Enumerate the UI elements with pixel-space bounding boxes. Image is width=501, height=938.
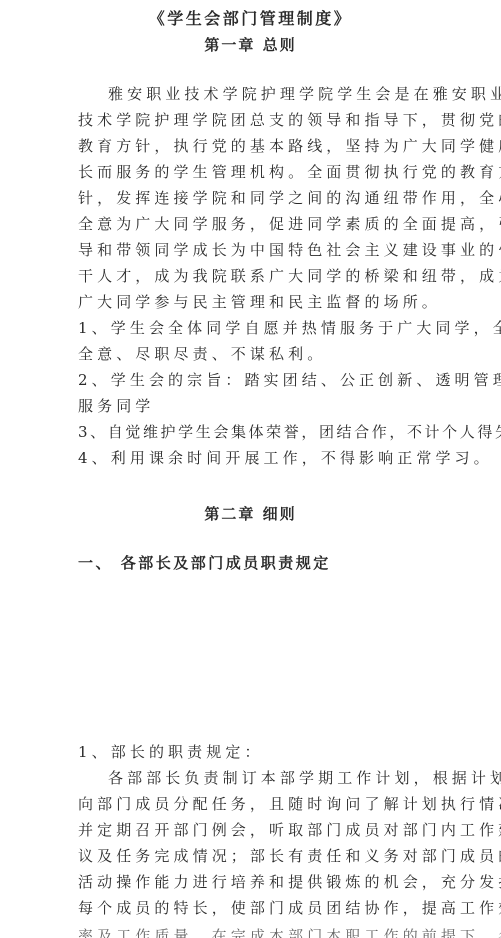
item-1-heading: 1、部长的职责规定：: [78, 742, 264, 762]
rule-line: 1、学生会全体同学自愿并热情服务于广大同学，全心: [78, 318, 501, 338]
intro-line: 教育方针，执行党的基本路线，坚持为广大同学健康成: [78, 136, 501, 156]
intro-line: 雅安职业技术学院护理学院学生会是在雅安职业: [108, 84, 501, 104]
body-line: 议及任务完成情况；部长有责任和义务对部门成员的: [78, 846, 501, 866]
document-title: 《学生会部门管理制度》: [0, 6, 501, 29]
section-1-heading: 一、 各部长及部门成员职责规定: [78, 553, 331, 573]
body-line-cutoff: 率及工作质量，在完成本部门本职工作的前提下，各部: [78, 926, 501, 938]
chapter-1-heading: 第一章 总则: [0, 34, 501, 55]
intro-line: 全意为广大同学服务，促进同学素质的全面提高，引: [78, 214, 501, 234]
rule-line: 3、自觉维护学生会集体荣誉，团结合作，不计个人得失。: [78, 422, 501, 442]
chapter-2-heading: 第二章 细则: [0, 503, 501, 524]
intro-line: 导和带领同学成长为中国特色社会主义建设事业的骨: [78, 240, 501, 260]
body-line: 并定期召开部门例会，听取部门成员对部门内工作建: [78, 820, 501, 840]
body-line: 各部部长负责制订本部学期工作计划，根据计划: [108, 768, 501, 788]
rule-line: 4、利用课余时间开展工作，不得影响正常学习。: [78, 448, 493, 468]
body-line: 活动操作能力进行培养和提供锻炼的机会，充分发挥: [78, 872, 501, 892]
intro-line: 针，发挥连接学院和同学之间的沟通纽带作用，全心: [78, 188, 501, 208]
intro-line: 长而服务的学生管理机构。全面贯彻执行党的教育方: [78, 162, 501, 182]
document-page: 《学生会部门管理制度》 第一章 总则 雅安职业技术学院护理学院学生会是在雅安职业…: [0, 0, 501, 938]
intro-line: 干人才，成为我院联系广大同学的桥梁和纽带，成为: [78, 266, 501, 286]
rule-line: 全意、尽职尽责、不谋私利。: [78, 344, 326, 364]
rule-line: 2、学生会的宗旨：踏实团结、公正创新、透明管理、: [78, 370, 501, 390]
body-line: 每个成员的特长，使部门成员团结协作，提高工作效: [78, 898, 501, 918]
intro-line: 广大同学参与民主管理和民主监督的场所。: [78, 292, 441, 312]
intro-line: 技术学院护理学院团总支的领导和指导下，贯彻党的: [78, 110, 501, 130]
body-line: 向部门成员分配任务，且随时询问了解计划执行情况，: [78, 794, 501, 814]
rule-line: 服务同学: [78, 396, 154, 416]
